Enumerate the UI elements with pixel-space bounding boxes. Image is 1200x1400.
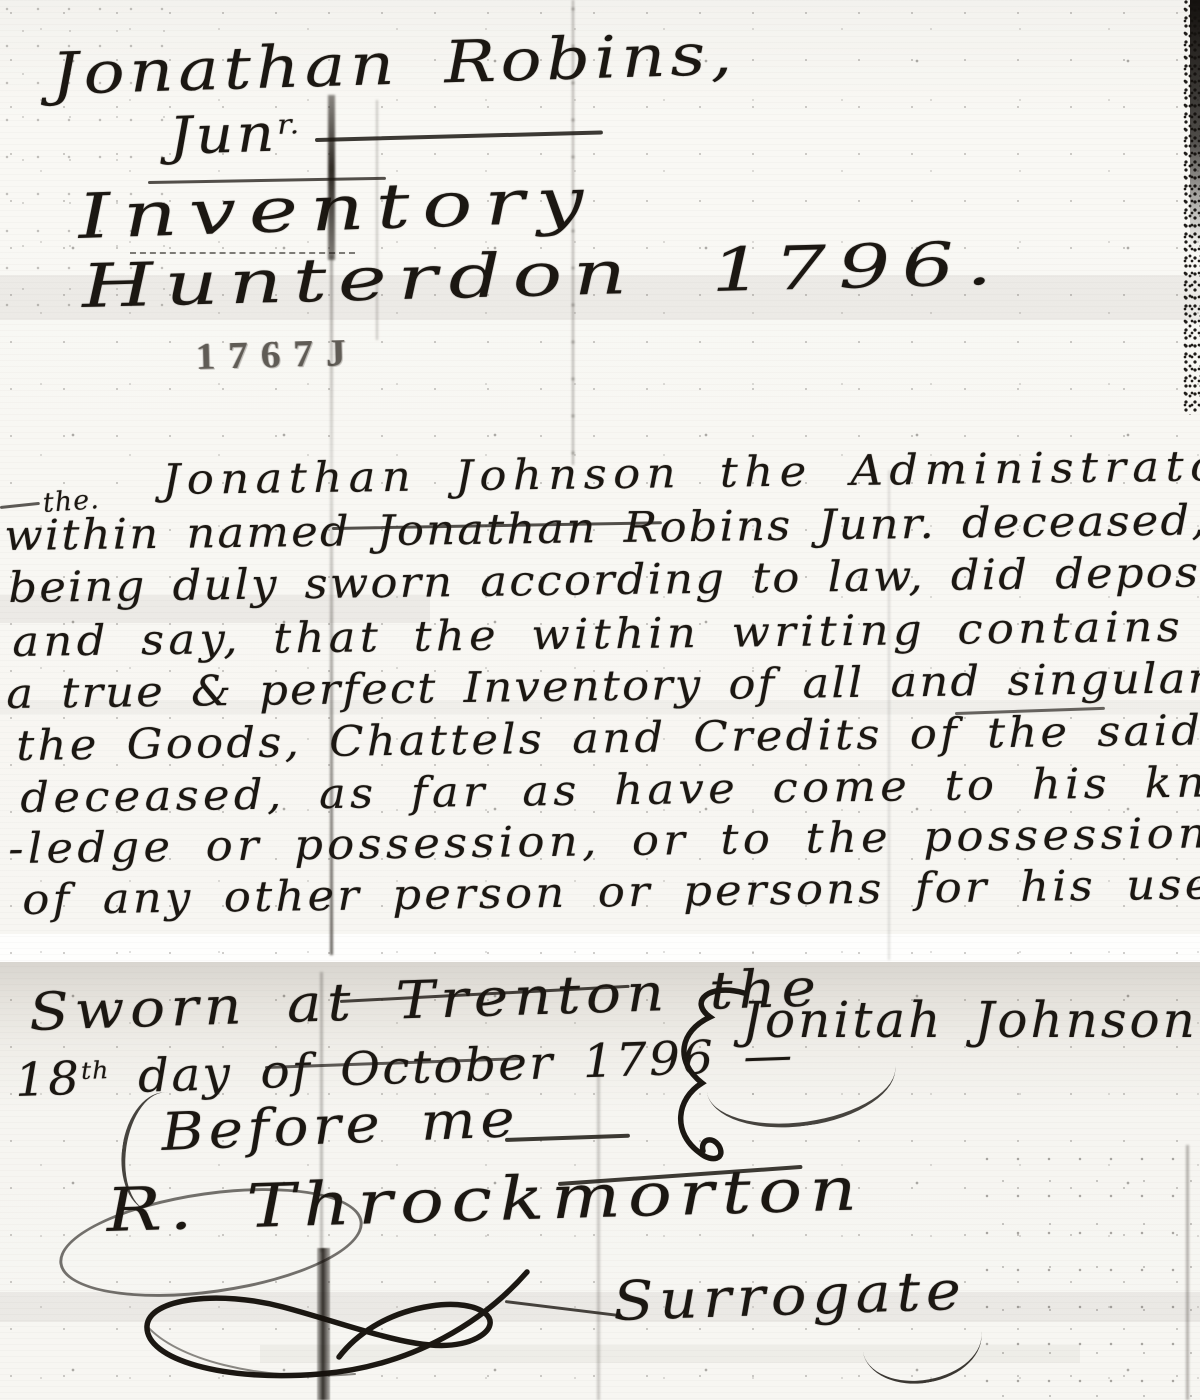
before-dash-stroke bbox=[505, 1134, 630, 1142]
margin-note-mark bbox=[0, 502, 40, 509]
attestation-before-line: Before me bbox=[160, 1092, 520, 1160]
scan-edge-artifact bbox=[1183, 0, 1200, 415]
fold-crease-grainy-core bbox=[572, 0, 574, 465]
date-day: 18 bbox=[14, 1051, 82, 1107]
suffix-superscript: r. bbox=[277, 109, 301, 141]
archival-stamp-number: 1767J bbox=[195, 331, 359, 379]
scan-edge-artifact-core bbox=[1190, 0, 1200, 250]
scanned-document-page: Jonathan Robins, Junr. Inventory Hunterd… bbox=[0, 0, 1200, 1400]
document-title-type: Inventory bbox=[76, 167, 598, 249]
fold-crease-bottom-faint bbox=[320, 972, 323, 1252]
document-title-name: Jonathan Robins, bbox=[50, 24, 738, 105]
body-line: being duly sworn according to law, did d… bbox=[8, 550, 1200, 610]
document-title-suffix: Junr. bbox=[168, 106, 302, 165]
fold-crease-bottom-mid bbox=[597, 1075, 600, 1400]
date-day-superscript: th bbox=[80, 1056, 110, 1085]
fold-crease-faint bbox=[376, 100, 378, 340]
suffix-main: Jun bbox=[168, 104, 279, 167]
body-line: of any other person or persons for his u… bbox=[22, 862, 1200, 922]
fold-crease-dark-spike bbox=[328, 95, 335, 260]
body-line: Jonathan Johnson the Administrator bbox=[162, 444, 1200, 502]
scan-seam-gap bbox=[0, 934, 1200, 962]
fold-crease-bottom-right bbox=[1186, 1145, 1189, 1400]
suffix-dash-stroke bbox=[315, 130, 603, 142]
dust-speckle-cluster bbox=[980, 1150, 1200, 1400]
fold-crease-bottom-dark bbox=[317, 1248, 330, 1400]
